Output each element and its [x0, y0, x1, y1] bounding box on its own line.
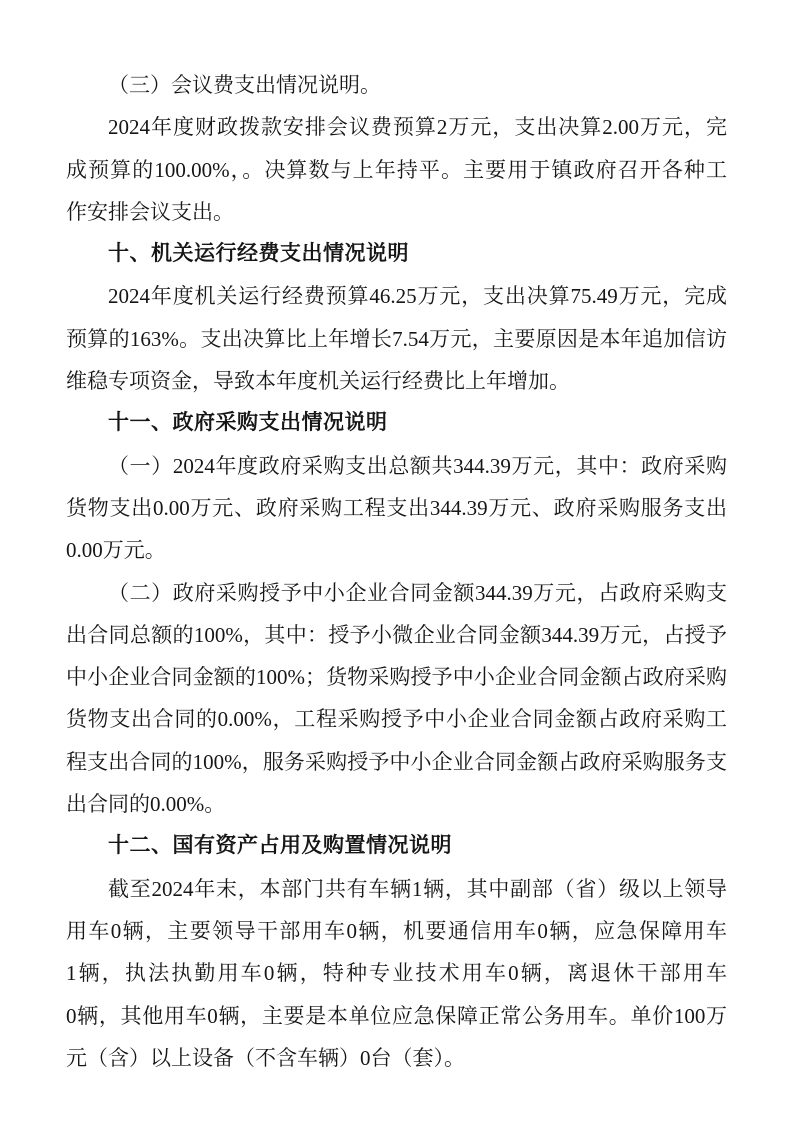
- paragraph-line: （二）政府采购授予中小企业合同金额344.39万元，占政府采购支: [66, 572, 727, 614]
- paragraph-line: 出合同的0.00%。: [66, 783, 727, 825]
- paragraph-line: 作安排会议支出。: [66, 191, 727, 233]
- paragraph-line: （三）会议费支出情况说明。: [66, 64, 727, 106]
- paragraph-line: （一）2024年度政府采购支出总额共344.39万元，其中：政府采购: [66, 445, 727, 487]
- paragraph-line: 成预算的100.00%，。决算数与上年持平。主要用于镇政府召开各种工: [66, 149, 727, 191]
- paragraph-line: 出合同总额的100%，其中：授予小微企业合同金额344.39万元，占授予: [66, 614, 727, 656]
- paragraph-line: 程支出合同的100%，服务采购授予中小企业合同金额占政府采购服务支: [66, 741, 727, 783]
- paragraph-line: 货物支出0.00万元、政府采购工程支出344.39万元、政府采购服务支出: [66, 487, 727, 529]
- paragraph-line: 1辆，执法执勤用车0辆，特种专业技术用车0辆，离退休干部用车: [66, 952, 727, 994]
- paragraph-line: 0辆，其他用车0辆，主要是本单位应急保障正常公务用车。单价100万: [66, 995, 727, 1037]
- paragraph-line: 截至2024年末，本部门共有车辆1辆，其中副部（省）级以上领导: [66, 868, 727, 910]
- paragraph-line: 2024年度财政拨款安排会议费预算2万元，支出决算2.00万元，完: [66, 106, 727, 148]
- paragraph-line: 元（含）以上设备（不含车辆）0台（套）。: [66, 1037, 727, 1079]
- section-heading: 十一、政府采购支出情况说明: [66, 402, 727, 444]
- paragraph-line: 中小企业合同金额的100%；货物采购授予中小企业合同金额占政府采购: [66, 656, 727, 698]
- paragraph-line: 预算的163%。支出决算比上年增长7.54万元，主要原因是本年追加信访: [66, 318, 727, 360]
- paragraph-line: 0.00万元。: [66, 529, 727, 571]
- section-heading: 十、机关运行经费支出情况说明: [66, 233, 727, 275]
- paragraph-line: 货物支出合同的0.00%，工程采购授予中小企业合同金额占政府采购工: [66, 698, 727, 740]
- paragraph-line: 维稳专项资金，导致本年度机关运行经费比上年增加。: [66, 360, 727, 402]
- document-page: （三）会议费支出情况说明。 2024年度财政拨款安排会议费预算2万元，支出决算2…: [0, 0, 793, 1122]
- document-body: （三）会议费支出情况说明。 2024年度财政拨款安排会议费预算2万元，支出决算2…: [66, 64, 727, 1079]
- paragraph-line: 2024年度机关运行经费预算46.25万元，支出决算75.49万元，完成: [66, 275, 727, 317]
- section-heading: 十二、国有资产占用及购置情况说明: [66, 825, 727, 867]
- paragraph-line: 用车0辆，主要领导干部用车0辆，机要通信用车0辆，应急保障用车: [66, 910, 727, 952]
